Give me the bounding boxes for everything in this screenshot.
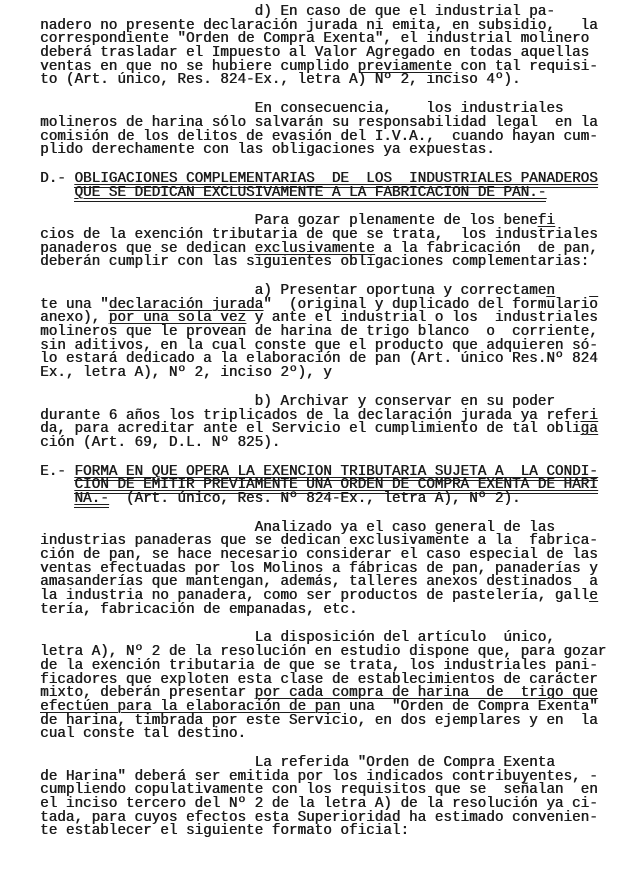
paragraph-analizado: Analizado ya el caso general de lasindus… xyxy=(40,522,622,618)
text-segment: plido derechamente con las obligaciones … xyxy=(40,142,495,158)
text-segment: cual conste tal destino. xyxy=(40,726,246,742)
paragraph-la-referida: La referida "Orden de Compra Exentade Ha… xyxy=(40,757,622,839)
text-segment xyxy=(40,491,74,507)
text-line: tería, fabricación de empanadas, etc. xyxy=(40,604,622,618)
text-segment: (Art. único, Res. Nº 824-Ex., letra A), … xyxy=(109,491,521,507)
text-segment: e xyxy=(589,588,598,604)
text-line: to (Art. único, Res. 824-Ex., letra A) N… xyxy=(40,74,622,88)
text-line: cual conste tal destino. xyxy=(40,728,622,742)
document-page: d) En caso de que el industrial pa-nader… xyxy=(0,0,630,876)
text-line: NA.- (Art. único, Res. Nº 824-Ex., letra… xyxy=(40,493,622,507)
text-segment: ga xyxy=(581,421,598,437)
text-line: Ex., letra A), Nº 2, inciso 2º), y xyxy=(40,367,622,381)
text-segment: NA.- xyxy=(74,491,108,508)
text-line: ción (Art. 69, D.L. Nº 825). xyxy=(40,437,622,451)
text-segment: Ex., letra A), Nº 2, inciso 2º), y xyxy=(40,365,332,381)
text-segment: to (Art. único, Res. 824-Ex., letra A) N… xyxy=(40,72,520,88)
paragraph-b-archivar: b) Archivar y conservar en su poderduran… xyxy=(40,396,622,451)
text-segment xyxy=(40,185,74,201)
paragraph-en-consecuencia: En consecuencia, los industrialesmoliner… xyxy=(40,103,622,158)
text-segment: ción (Art. 69, D.L. Nº 825). xyxy=(40,435,280,451)
text-segment: tería, fabricación de empanadas, etc. xyxy=(40,602,357,618)
heading-d-obligaciones: D.- OBLIGACIONES COMPLEMENTARIAS DE LOS … xyxy=(40,173,622,200)
text-line: QUE SE DEDICAN EXCLUSIVAMENTE A LA FABRI… xyxy=(40,187,622,201)
text-segment: te establecer el siguiente formato ofici… xyxy=(40,823,409,839)
paragraph-a-presentar: a) Presentar oportuna y correctamente un… xyxy=(40,285,622,381)
paragraph-la-disposicion: La disposición del artículo único,letra … xyxy=(40,632,622,742)
text-segment: QUE SE DEDICAN EXCLUSIVAMENTE A LA FABRI… xyxy=(74,185,546,202)
heading-e-forma: E.- FORMA EN QUE OPERA LA EXENCION TRIBU… xyxy=(40,466,622,507)
paragraph-para-gozar: Para gozar plenamente de los beneficios … xyxy=(40,215,622,270)
text-line: deberán cumplir con las siguientes oblig… xyxy=(40,256,622,270)
text-segment: deberán cumplir con las siguientes oblig… xyxy=(40,254,589,270)
paragraph-d-caso: d) En caso de que el industrial pa-nader… xyxy=(40,6,622,88)
text-line: te establecer el siguiente formato ofici… xyxy=(40,825,622,839)
text-line: plido derechamente con las obligaciones … xyxy=(40,144,622,158)
